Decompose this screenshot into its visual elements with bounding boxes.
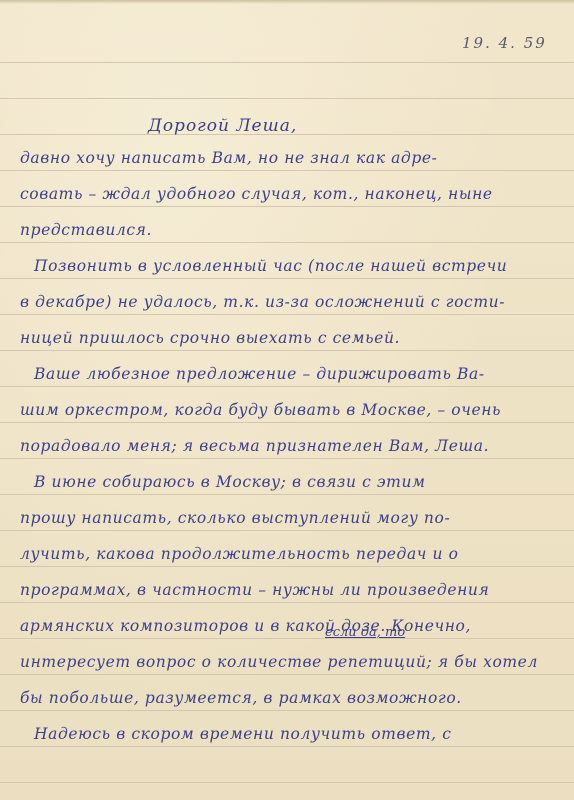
ruled-line: [0, 278, 574, 279]
letter-line: Надеюсь в скором времени получить ответ,…: [34, 725, 574, 743]
letter-line: Ваше любезное предложение – дирижировать…: [34, 365, 574, 383]
ruled-line: [0, 674, 574, 675]
salutation: Дорогой Леша,: [148, 116, 297, 136]
paper-top-edge: [0, 0, 574, 4]
letter-page: 19. 4. 59 Дорогой Леша, давно хочу напис…: [0, 0, 574, 800]
letter-line: совать – ждал удобного случая, кот., нак…: [20, 185, 560, 203]
letter-line: программах, в частности – нужны ли произ…: [20, 581, 560, 599]
letter-line: армянских композиторов и в какой дозе. К…: [20, 617, 560, 635]
ruled-line: [0, 314, 574, 315]
ruled-line: [0, 386, 574, 387]
letter-line: бы побольше, разумеется, в рамках возмож…: [20, 689, 560, 707]
letter-line: лучить, какова продолжительность передач…: [20, 545, 560, 563]
letter-line: интересует вопрос о количестве репетиций…: [20, 653, 560, 671]
letter-line: порадовало меня; я весьма признателен Ва…: [20, 437, 560, 455]
letter-date: 19. 4. 59: [462, 34, 547, 52]
letter-line: в декабре) не удалось, т.к. из-за осложн…: [20, 293, 560, 311]
ruled-line: [0, 566, 574, 567]
letter-line: представился.: [20, 221, 560, 239]
ruled-line: [0, 62, 574, 63]
ruled-line: [0, 170, 574, 171]
ruled-line: [0, 98, 574, 99]
ruled-line: [0, 602, 574, 603]
ruled-line: [0, 494, 574, 495]
ruled-line: [0, 242, 574, 243]
ruled-line: [0, 638, 574, 639]
ruled-line: [0, 350, 574, 351]
letter-line: давно хочу написать Вам, но не знал как …: [20, 149, 560, 167]
ruled-line: [0, 710, 574, 711]
ruled-line: [0, 746, 574, 747]
letter-line: Позвонить в условленный час (после нашей…: [34, 257, 574, 275]
ruled-line: [0, 782, 574, 783]
letter-line: В июне собираюсь в Москву; в связи с эти…: [34, 473, 574, 491]
letter-line: прошу написать, сколько выступлений могу…: [20, 509, 560, 527]
letter-line: шим оркестром, когда буду бывать в Москв…: [20, 401, 560, 419]
ruled-line: [0, 206, 574, 207]
ruled-line: [0, 458, 574, 459]
ruled-line: [0, 530, 574, 531]
letter-line: ницей пришлось срочно выехать с семьей.: [20, 329, 560, 347]
ruled-line: [0, 422, 574, 423]
